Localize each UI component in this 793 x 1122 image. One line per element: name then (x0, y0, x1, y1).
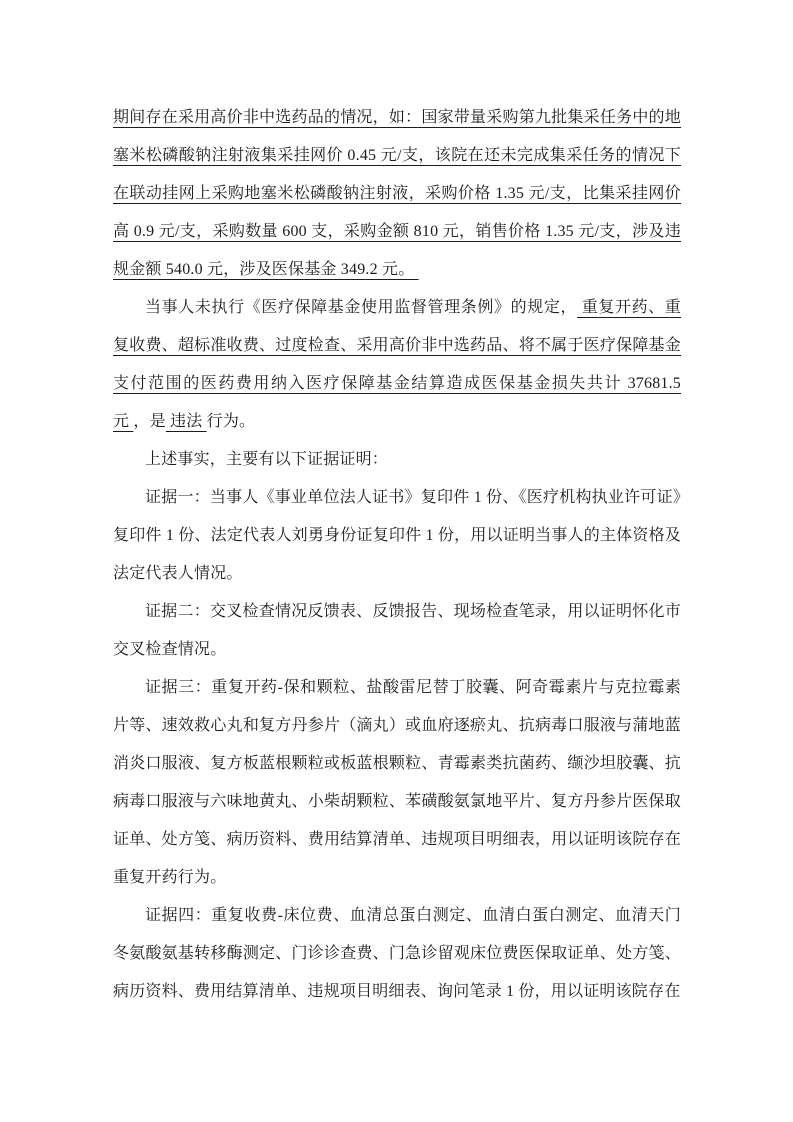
paragraph-evidence-3: 证据三：重复开药-保和颗粒、盐酸雷尼替丁胶囊、阿奇霉素片与克拉霉素片等、速效救心… (113, 669, 681, 897)
underlined-text: 违法 (166, 413, 207, 430)
body-text: 证据二：交叉检查情况反馈表、反馈报告、现场检查笔录，用以证明怀化市交叉检查情况。 (113, 603, 681, 658)
paragraph-violation-determination: 当事人未执行《医疗保障基金使用监督管理条例》的规定， 重复开药、重复收费、超标准… (113, 289, 681, 441)
underlined-text: 重复开药、重复收费、超标准收费、过度检查、采用高价非中选药品、将不属于医疗保障基… (113, 299, 681, 430)
paragraph-evidence-2: 证据二：交叉检查情况反馈表、反馈报告、现场检查笔录，用以证明怀化市交叉检查情况。 (113, 593, 681, 669)
body-text: 证据四：重复收费-床位费、血清总蛋白测定、血清白蛋白测定、血清天门冬氨酸氨基转移… (113, 907, 681, 1000)
paragraph-evidence-4: 证据四：重复收费-床位费、血清总蛋白测定、血清白蛋白测定、血清天门冬氨酸氨基转移… (113, 897, 681, 1011)
paragraph-evidence-intro: 上述事实，主要有以下证据证明： (113, 441, 681, 479)
body-text: 当事人未执行《医疗保障基金使用监督管理条例》的规定， (145, 299, 577, 316)
body-text: 上述事实，主要有以下证据证明： (145, 451, 388, 468)
paragraph-evidence-1: 证据一：当事人《事业单位法人证书》复印件 1 份、《医疗机构执业许可证》复印件 … (113, 479, 681, 593)
body-text: 行为。 (207, 413, 256, 430)
document-page: 期间存在采用高价非中选药品的情况，如：国家带量采购第九批集采任务中的地塞米松磷酸… (0, 0, 793, 1122)
document-body: 期间存在采用高价非中选药品的情况，如：国家带量采购第九批集采任务中的地塞米松磷酸… (113, 99, 681, 1011)
body-text: 证据一：当事人《事业单位法人证书》复印件 1 份、《医疗机构执业许可证》复印件 … (113, 489, 681, 582)
underlined-text: 期间存在采用高价非中选药品的情况，如：国家带量采购第九批集采任务中的地塞米松磷酸… (113, 109, 681, 278)
paragraph-high-price-non-selected-drugs: 期间存在采用高价非中选药品的情况，如：国家带量采购第九批集采任务中的地塞米松磷酸… (113, 99, 681, 289)
body-text: 证据三：重复开药-保和颗粒、盐酸雷尼替丁胶囊、阿奇霉素片与克拉霉素片等、速效救心… (113, 679, 681, 886)
body-text: ，是 (133, 413, 165, 430)
